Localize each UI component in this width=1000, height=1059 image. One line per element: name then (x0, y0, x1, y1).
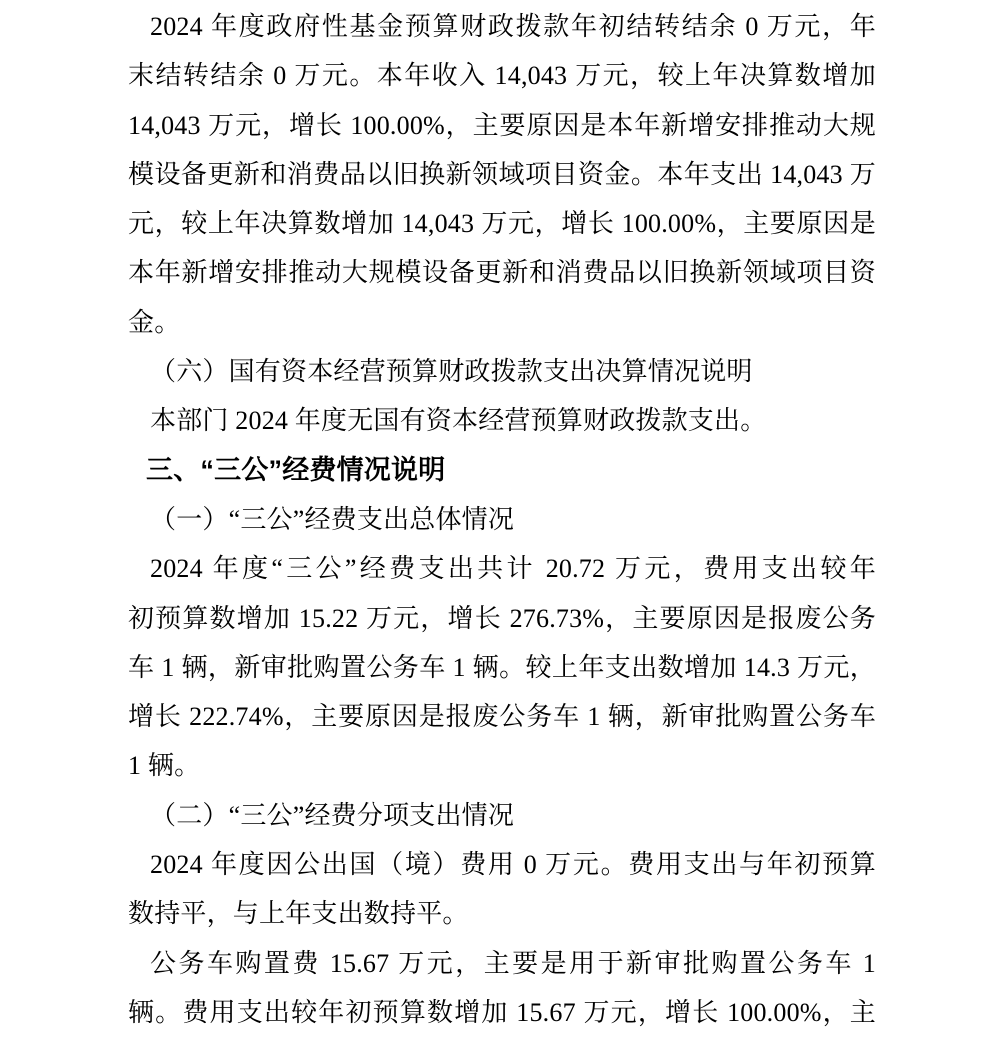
text-page-body: 2024 年度政府性基金预算财政拨款年初结转结余 0 万元，年 末结转结余 0 … (128, 2, 876, 1037)
text-line: 公务车购置费 15.67 万元，主要是用于新审批购置公务车 1 (128, 939, 876, 988)
text-line: 2024 年度政府性基金预算财政拨款年初结转结余 0 万元，年 (128, 2, 876, 51)
text-line: 金。 (128, 298, 876, 347)
document-page: { "page": { "background": "#ffffff", "te… (0, 0, 1000, 1059)
text-line: 增长 222.74%，主要原因是报废公务车 1 辆，新审批购置公务车 (128, 692, 876, 741)
text-line: 14,043 万元，增长 100.00%，主要原因是本年新增安排推动大规 (128, 101, 876, 150)
text-line: 本部门 2024 年度无国有资本经营预算财政拨款支出。 (128, 396, 876, 445)
text-line: 本年新增安排推动大规模设备更新和消费品以旧换新领域项目资 (128, 248, 876, 297)
text-line: 元，较上年决算数增加 14,043 万元，增长 100.00%，主要原因是 (128, 199, 876, 248)
text-line: 2024 年度“三公”经费支出共计 20.72 万元，费用支出较年 (128, 544, 876, 593)
text-line: 车 1 辆，新审批购置公务车 1 辆。较上年支出数增加 14.3 万元， (128, 643, 876, 692)
text-line: 末结转结余 0 万元。本年收入 14,043 万元，较上年决算数增加 (128, 51, 876, 100)
subsection-heading-6: （六）国有资本经营预算财政拨款支出决算情况说明 (128, 347, 876, 396)
subsection-heading-2: （二）“三公”经费分项支出情况 (128, 791, 876, 840)
text-line: 辆。费用支出较年初预算数增加 15.67 万元，增长 100.00%，主 (128, 988, 876, 1037)
text-line: 数持平，与上年支出数持平。 (128, 889, 876, 938)
subsection-heading-1: （一）“三公”经费支出总体情况 (128, 495, 876, 544)
text-line: 模设备更新和消费品以旧换新领域项目资金。本年支出 14,043 万 (128, 150, 876, 199)
section-heading-sangong: 三、“三公”经费情况说明 (128, 446, 876, 495)
text-line: 1 辆。 (128, 741, 876, 790)
text-line: 初预算数增加 15.22 万元，增长 276.73%，主要原因是报废公务 (128, 594, 876, 643)
text-line: 2024 年度因公出国（境）费用 0 万元。费用支出与年初预算 (128, 840, 876, 889)
